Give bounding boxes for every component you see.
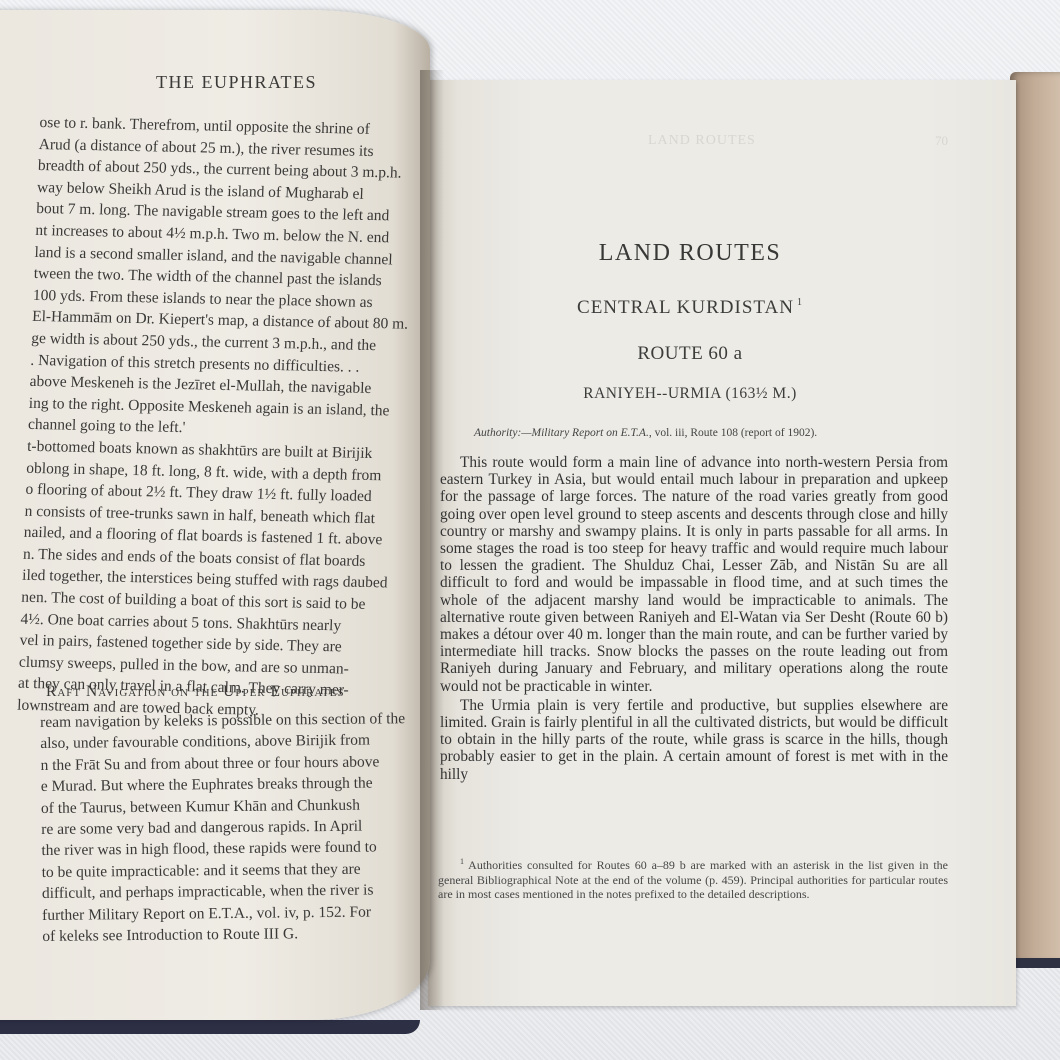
authority-detail: , vol. iii, Route 108 (report of 1902).: [649, 427, 817, 439]
footnote: 1 Authorities consulted for Routes 60 a–…: [438, 855, 948, 902]
left-page-section-body: ream navigation by keleks is possible on…: [40, 708, 462, 948]
section-heading: Raft Navigation on the Upper Euphrates: [46, 683, 345, 701]
book-back-cover: [1010, 72, 1060, 962]
page-title: LAND ROUTES: [430, 240, 950, 267]
route-subtitle: RANIYEH--URMIA (163½ M.): [430, 385, 950, 403]
paragraph: This route would form a main line of adv…: [440, 454, 948, 695]
footnote-mark: 1: [797, 297, 803, 308]
region-heading: CENTRAL KURDISTAN1: [430, 297, 950, 319]
authority-label: Authority:—Military Report on E.T.A.: [474, 427, 649, 439]
bleed-through-page-number: 70: [935, 133, 948, 149]
route-description: This route would form a main line of adv…: [440, 454, 948, 783]
region-name: CENTRAL KURDISTAN: [577, 297, 794, 318]
cover-binding-edge: [1010, 958, 1060, 968]
footnote-text: Authorities consulted for Routes 60 a–89…: [438, 858, 948, 901]
bleed-through-header: LAND ROUTES: [648, 133, 756, 149]
paragraph: The Urmia plain is very fertile and prod…: [440, 697, 948, 783]
left-page-body: ose to r. bank. Therefrom, until opposit…: [17, 112, 460, 725]
left-running-header: THE EUPHRATES: [156, 72, 317, 93]
text-line: of keleks see Introduction to Route III …: [42, 922, 462, 948]
book-front-cover-edge: [0, 1020, 420, 1034]
authority-line: Authority:—Military Report on E.T.A., vo…: [474, 427, 954, 439]
route-heading: ROUTE 60 a: [430, 343, 950, 365]
